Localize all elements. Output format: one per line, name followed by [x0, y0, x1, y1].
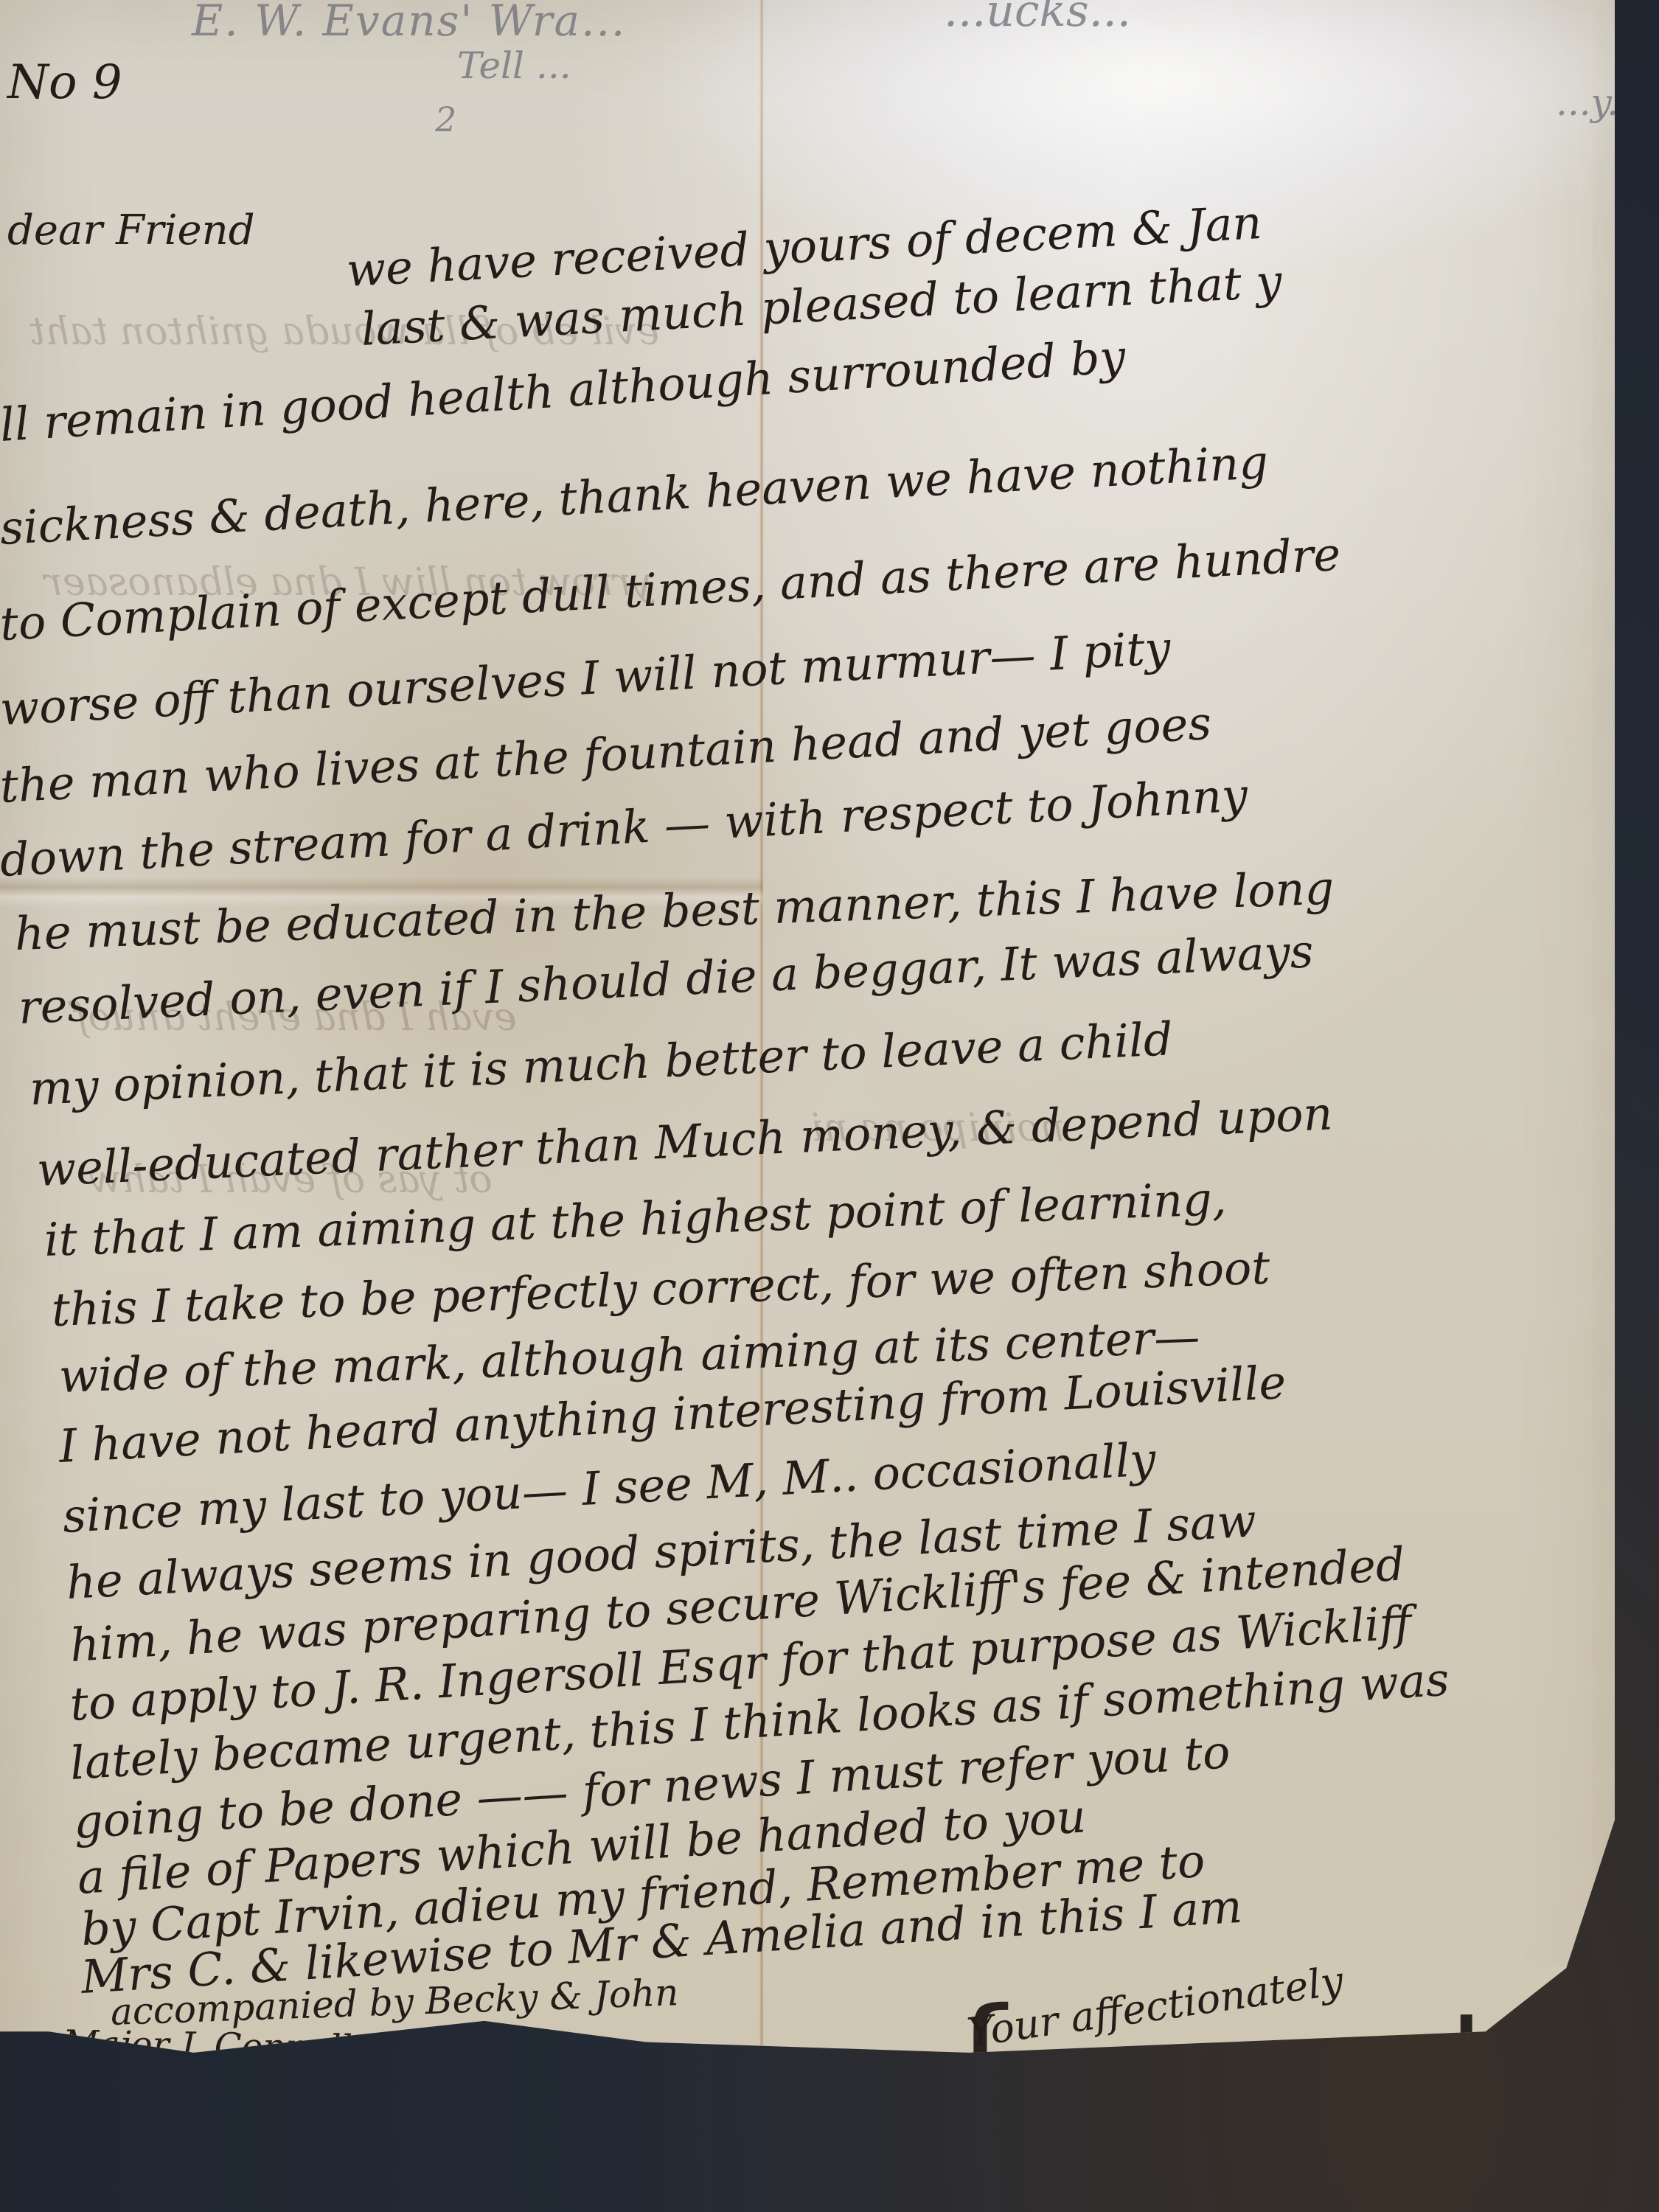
photo-stage: evil eb of lla wouda gnihton taht yrrow … — [0, 0, 1659, 2212]
letter-line: ll remain in good health although surrou… — [0, 330, 1127, 452]
address-brace: } — [457, 2035, 527, 2163]
letter-line: sickness & death, here, thank heaven we … — [0, 435, 1270, 555]
letter-paper: evil eb of lla wouda gnihton taht yrrow … — [0, 0, 1615, 2116]
struck-word: Friend — [1068, 2050, 1212, 2117]
addressee-block: Major J. Connolly Bermuda St. Geo. — [63, 2017, 380, 2135]
letter-body: we have received yours of decem & Jan la… — [0, 0, 1615, 2116]
addressee-name: Major J. Connolly — [62, 2014, 380, 2078]
addressee-location: Bermuda St. Geo. — [62, 2073, 380, 2137]
right-brace: | — [1441, 1991, 1491, 2163]
